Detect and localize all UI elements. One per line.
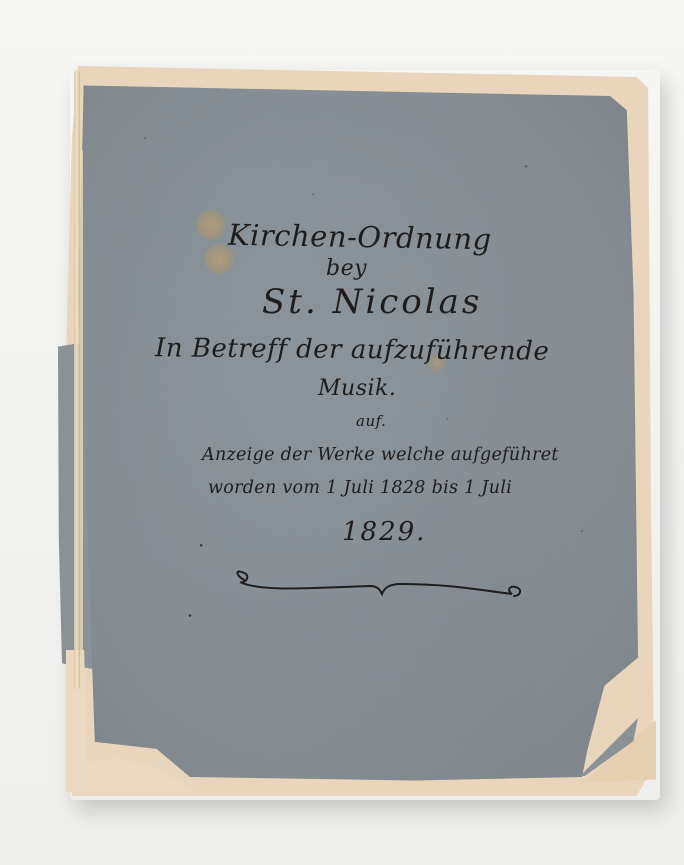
flourish-ornament: [230, 570, 530, 600]
church-name-line: St. Nicolas: [262, 282, 482, 322]
subject-line: In Betreff der aufzuführende: [155, 333, 550, 366]
date-range-line: worden vom 1 Juli 1828 bis 1 Juli: [208, 478, 512, 498]
auf-line: auf.: [356, 412, 386, 430]
notice-line: Anzeige der Werke welche aufgeführet: [202, 445, 559, 465]
photo-background: Kirchen-Ordnung bey St. Nicolas In Betre…: [0, 0, 684, 865]
binding-thread-secondary: [80, 150, 83, 690]
manuscript-cover: [78, 82, 638, 784]
year-line: 1829.: [342, 517, 426, 547]
title-line: Kirchen-Ordnung: [228, 218, 492, 257]
stain-upper: [196, 210, 226, 240]
preposition-line: bey: [326, 256, 367, 281]
music-line: Musik.: [318, 376, 396, 401]
